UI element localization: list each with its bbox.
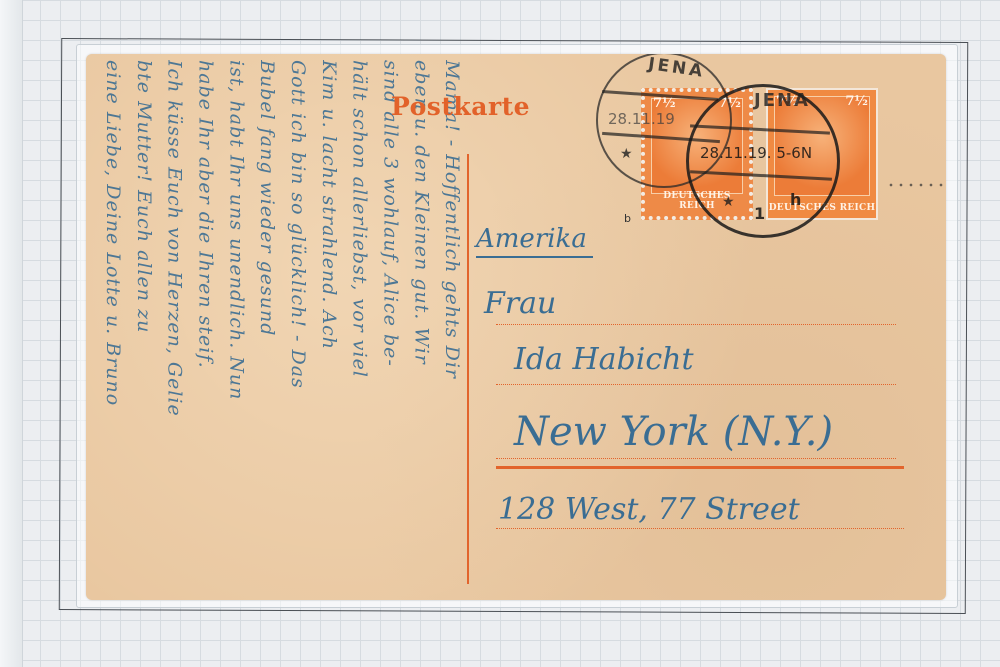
address-country: Amerika (476, 224, 593, 258)
address-rule (496, 458, 896, 459)
message-line: Gott ich bin so glücklich! - Das (281, 60, 309, 600)
postmark-city: JENA (754, 90, 810, 111)
message-line: Bubel fang wieder gesund (250, 60, 278, 600)
ink-dots (886, 182, 946, 188)
address-rule-bold (496, 466, 904, 469)
album-page-edge (0, 0, 23, 667)
message-line: Kim u. lacht strahlend. Ach (312, 60, 340, 600)
postcard-title: Postkarte (391, 92, 530, 121)
star-icon: ★ (722, 194, 735, 210)
address-salutation: Frau (484, 286, 556, 321)
message-line: eben u. den Kleinen gut. Wir (404, 60, 432, 600)
postmark-date: 28.11.19. 5-6N (700, 144, 812, 162)
star-icon: ★ (620, 146, 633, 162)
message-line: eine Liebe, Deine Lotte u. Bruno (96, 60, 124, 600)
address-name: Ida Habicht (514, 342, 694, 377)
message-line: habe Ihr aber die Ihren steif. (189, 60, 217, 600)
address-rule (496, 384, 896, 385)
address-city: New York (N.Y.) (514, 409, 833, 455)
message-line: sind alle 3 wohlauf, Alice be- (374, 60, 402, 600)
stamp-mark: b (624, 212, 631, 225)
handwritten-message: Mama! - Hoffentlich gehts Direben u. den… (90, 60, 470, 600)
stamp-value: 7½ (845, 94, 868, 109)
address-street: 128 West, 77 Street (498, 492, 800, 527)
address-rule (496, 528, 904, 529)
postcard: Mama! - Hoffentlich gehts Direben u. den… (86, 54, 946, 600)
address-rule (496, 324, 896, 325)
postmark-office-number: 1 (754, 204, 765, 223)
postmark-date: 28.11.19 (608, 110, 675, 128)
message-line: Mama! - Hoffentlich gehts Dir (435, 60, 463, 600)
message-line: hält schon allerliebst, vor viel (343, 60, 371, 600)
message-line: Ich küsse Euch von Herzen, Gelie (158, 60, 186, 600)
printed-divider (467, 154, 469, 584)
message-line: bte Mutter! Euch allen zu (127, 60, 155, 600)
message-line: ist, habt Ihr uns unendlich. Nun (219, 60, 247, 600)
postmark-suffix: h (790, 190, 801, 209)
